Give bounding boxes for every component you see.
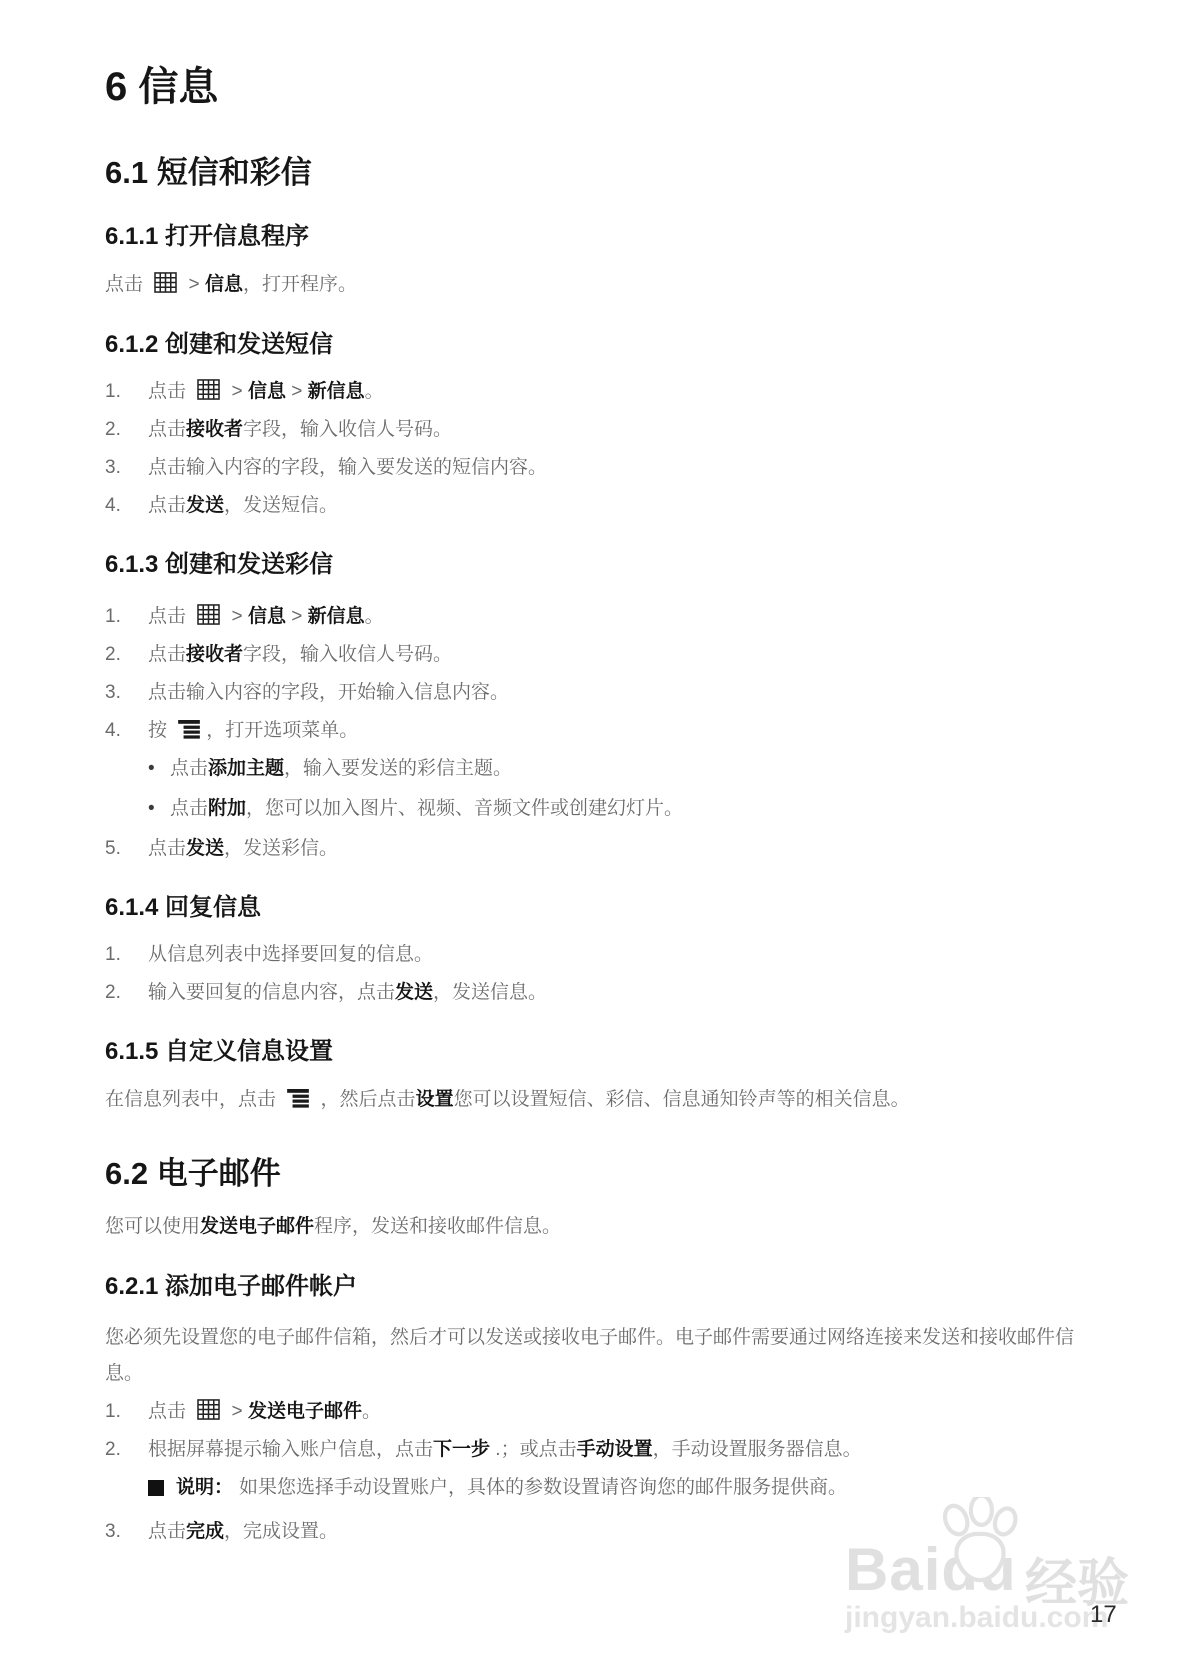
text-run: ，发送信息。 [433,982,547,1003]
note-text: 如果您选择手动设置账户，具体的参数设置请咨询您的邮件服务提供商。 [239,1474,847,1502]
item-number: 1. [105,941,148,969]
bold-term: 附加 [208,798,246,819]
list-item: 1. 从信息列表中选择要回复的信息。 [105,941,1095,969]
text-run: 按 [148,720,172,741]
item-number: 3. [105,679,148,707]
item-text: 从信息列表中选择要回复的信息。 [148,941,1095,969]
bold-term: 发送电子邮件 [248,1401,362,1422]
item-text: 根据屏幕提示输入账户信息，点击下一步 .；或点击手动设置，手动设置服务器信息。 [148,1436,1095,1464]
bullet-item: • 点击附加，您可以加入图片、视频、音频文件或创建幻灯片。 [148,795,1095,823]
text-run: 点击 [148,419,186,440]
item-number: 2. [105,979,148,1007]
list-item: 5. 点击发送，发送彩信。 [105,835,1095,863]
list-item: 3. 点击输入内容的字段，开始输入信息内容。 [105,679,1095,707]
bold-term: 新信息 [308,381,365,402]
bold-term: 接收者 [186,644,243,665]
text-run: ，输入要发送的彩信主题。 [284,758,512,779]
text-run: 根据屏幕提示输入账户信息，点击 [148,1439,433,1460]
text-run: 点击输入内容的字段，开始输入信息内容。 [148,682,509,703]
paragraph-email-account: 您必须先设置您的电子邮件信箱，然后才可以发送或接收电子邮件。电子邮件需要通过网络… [105,1320,1095,1392]
manual-page: 6 信息 6.1 短信和彩信 6.1.1 打开信息程序 点击 > 信息，打开程序… [0,0,1192,1680]
app-launcher-grid-icon [197,604,220,625]
text-run: > [226,381,248,402]
bold-term: 添加主题 [208,758,284,779]
bold-term: 信息 [248,606,286,627]
bold-term: 完成 [186,1521,224,1542]
item-number: 3. [105,1518,148,1546]
item-text: 点击接收者字段，输入收信人号码。 [148,416,1095,444]
text-run: 点击 [170,758,208,779]
item-text: 点击输入内容的字段，输入要发送的短信内容。 [148,454,1095,482]
bold-term: 设置 [416,1089,454,1110]
item-text: 点击附加，您可以加入图片、视频、音频文件或创建幻灯片。 [170,795,1095,823]
section-6-1-4-title: 6.1.4 回复信息 [105,893,1095,922]
item-number: 1. [105,1398,148,1426]
text-run: 点击 [148,1521,186,1542]
list-item: 1. 点击 > 信息 > 新信息。 [105,603,1095,631]
text-run: 字段，输入收信人号码。 [243,419,452,440]
paragraph-message-settings: 在信息列表中，点击 ，然后点击设置您可以设置短信、彩信、信息通知铃声等的相关信息… [105,1085,1095,1115]
bold-term: 新信息 [308,606,365,627]
text-run: ，然后点击 [315,1089,415,1110]
text-run: > [226,606,248,627]
item-number: 4. [105,717,148,745]
chapter-title: 6 信息 [105,64,1095,110]
text-run: 输入要回复的信息内容，点击 [148,982,395,1003]
list-item: 3. 点击输入内容的字段，输入要发送的短信内容。 [105,454,1095,482]
list-item: 2. 根据屏幕提示输入账户信息，点击下一步 .；或点击手动设置，手动设置服务器信… [105,1436,1095,1464]
bold-term: 发送 [186,838,224,859]
bold-term: 信息 [205,274,243,295]
text-run: 点击 [148,1401,191,1422]
text-run: 您可以设置短信、彩信、信息通知铃声等的相关信息。 [454,1089,910,1110]
baidu-paw-icon [938,1497,1022,1590]
text-run: 点击 [148,606,191,627]
bold-term: 发送 [395,982,433,1003]
item-text: 点击添加主题，输入要发送的彩信主题。 [170,755,1095,783]
list-item: 2. 点击接收者字段，输入收信人号码。 [105,641,1095,669]
text-run: ，您可以加入图片、视频、音频文件或创建幻灯片。 [246,798,683,819]
text-run: 点击 [148,495,186,516]
note-square-icon [148,1480,164,1496]
bullet-dot: • [148,755,170,783]
item-text: 点击 > 信息 > 新信息。 [148,603,1095,631]
item-text: 点击发送，发送短信。 [148,492,1095,520]
list-item: 2. 输入要回复的信息内容，点击发送，发送信息。 [105,979,1095,1007]
bold-term: 接收者 [186,419,243,440]
bullet-item: • 点击添加主题，输入要发送的彩信主题。 [148,755,1095,783]
baidu-jingyan-watermark: Baidu 经验 jingyan.baidu.com [845,1495,1130,1635]
numbered-list-mms: 1. 点击 > 信息 > 新信息。 2. 点击接收者字段，输入收信人号码。 3.… [105,603,1095,863]
section-6-1-3-title: 6.1.3 创建和发送彩信 [105,550,1095,579]
text-run: 点击输入内容的字段，输入要发送的短信内容。 [148,457,547,478]
text-run: > [286,381,308,402]
text-run: 程序，发送和接收邮件信息。 [314,1216,561,1237]
text-run: 您可以使用 [105,1216,200,1237]
item-text: 点击 > 发送电子邮件。 [148,1398,1095,1426]
text-run: ，发送彩信。 [224,838,338,859]
item-number: 2. [105,1436,148,1464]
text-run: 点击 [170,798,208,819]
item-text: 点击接收者字段，输入收信人号码。 [148,641,1095,669]
text-run: ，发送短信。 [224,495,338,516]
page-content: 6 信息 6.1 短信和彩信 6.1.1 打开信息程序 点击 > 信息，打开程序… [105,64,1095,1556]
item-text: 点击输入内容的字段，开始输入信息内容。 [148,679,1095,707]
section-6-1-1-title: 6.1.1 打开信息程序 [105,222,1095,251]
item-number: 4. [105,492,148,520]
text-run: > [226,1401,248,1422]
bullet-dot: • [148,795,170,823]
item-number: 2. [105,641,148,669]
numbered-list-sms: 1. 点击 > 信息 > 新信息。 2. 点击接收者字段，输入收信人号码。 3.… [105,378,1095,520]
text-run: ，完成设置。 [224,1521,338,1542]
options-menu-icon [178,720,200,739]
text-run: > [183,274,205,295]
bold-term: 发送 [186,495,224,516]
note-label: 说明： [176,1474,233,1502]
list-item: 1. 点击 > 信息 > 新信息。 [105,378,1095,406]
text-run: ，手动设置服务器信息。 [653,1439,862,1460]
paragraph-open-messaging: 点击 > 信息，打开程序。 [105,270,1095,300]
text-run: 。 [365,606,384,627]
numbered-list-reply: 1. 从信息列表中选择要回复的信息。 2. 输入要回复的信息内容，点击发送，发送… [105,941,1095,1007]
text-run: 从信息列表中选择要回复的信息。 [148,944,433,965]
item-text: 点击 > 信息 > 新信息。 [148,378,1095,406]
text-run: 点击 [105,274,148,295]
bold-term: 信息 [248,381,286,402]
bold-term: 手动设置 [577,1439,653,1460]
section-6-1-title: 6.1 短信和彩信 [105,154,1095,192]
list-item: 2. 点击接收者字段，输入收信人号码。 [105,416,1095,444]
bold-term: 下一步 [433,1439,490,1460]
options-menu-icon [287,1089,309,1108]
paragraph-email-intro: 您可以使用发送电子邮件程序，发送和接收邮件信息。 [105,1212,1095,1242]
list-item: 4. 按 ，打开选项菜单。 [105,717,1095,745]
bold-term: 发送电子邮件 [200,1216,314,1237]
section-6-2-1-title: 6.2.1 添加电子邮件帐户 [105,1272,1095,1301]
text-run: 。 [362,1401,381,1422]
app-launcher-grid-icon [197,379,220,400]
text-run: > [286,606,308,627]
app-launcher-grid-icon [197,1399,220,1420]
app-launcher-grid-icon [154,272,177,293]
text-run: ，打开程序。 [243,274,357,295]
item-text: 按 ，打开选项菜单。 [148,717,1095,745]
item-number: 1. [105,378,148,406]
list-item: 1. 点击 > 发送电子邮件。 [105,1398,1095,1426]
section-6-1-5-title: 6.1.5 自定义信息设置 [105,1037,1095,1066]
text-run: .；或点击 [490,1439,577,1460]
text-run: 点击 [148,838,186,859]
item-text: 点击发送，发送彩信。 [148,835,1095,863]
text-run: 。 [365,381,384,402]
item-text: 输入要回复的信息内容，点击发送，发送信息。 [148,979,1095,1007]
section-6-1-2-title: 6.1.2 创建和发送短信 [105,330,1095,359]
text-run: 在信息列表中，点击 [105,1089,281,1110]
text-run: ，打开选项菜单。 [206,720,358,741]
item-number: 1. [105,603,148,631]
item-number: 5. [105,835,148,863]
text-run: 点击 [148,644,186,665]
section-6-2-title: 6.2 电子邮件 [105,1155,1095,1193]
item-number: 3. [105,454,148,482]
text-run: 点击 [148,381,191,402]
watermark-brand-cn-text: 经验 [1025,1541,1129,1616]
text-run: 字段，输入收信人号码。 [243,644,452,665]
list-item: 4. 点击发送，发送短信。 [105,492,1095,520]
item-number: 2. [105,416,148,444]
